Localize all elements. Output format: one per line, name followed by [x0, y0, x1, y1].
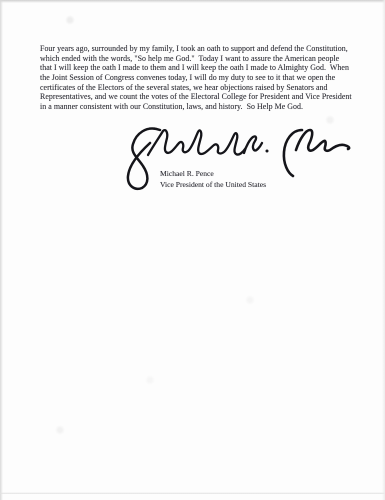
- letter-body-line: Four years ago, surrounded by my family,…: [40, 44, 360, 54]
- letter-body-line: the Joint Session of Congress convenes t…: [40, 73, 360, 83]
- signature-stroke: [148, 130, 245, 155]
- letter-body-line: in a manner consistent with our Constitu…: [40, 102, 360, 112]
- signature-stroke: [128, 129, 160, 189]
- scanned-letter-page: Four years ago, surrounded by my family,…: [0, 0, 385, 500]
- signature-stroke: [244, 136, 262, 153]
- signature-stroke: [284, 130, 302, 176]
- letter-body-line: which ended with the words, "So help me …: [40, 54, 360, 64]
- scan-edge-bottom: [0, 492, 385, 494]
- signed-title: Vice President of the United States: [160, 180, 266, 189]
- letter-body-line: Representatives, and we count the votes …: [40, 92, 360, 102]
- signature-stroke: [296, 130, 349, 151]
- letter-body-line: certificates of the Electors of the seve…: [40, 83, 360, 93]
- scan-edge-left: [0, 0, 3, 500]
- scan-edge-top: [0, 0, 385, 3]
- signed-name: Michael R. Pence: [160, 169, 214, 178]
- signature-period-dot: [266, 150, 269, 153]
- letter-body-line: that I will keep the oath I made to them…: [40, 63, 360, 73]
- letter-body: Four years ago, surrounded by my family,…: [40, 44, 360, 112]
